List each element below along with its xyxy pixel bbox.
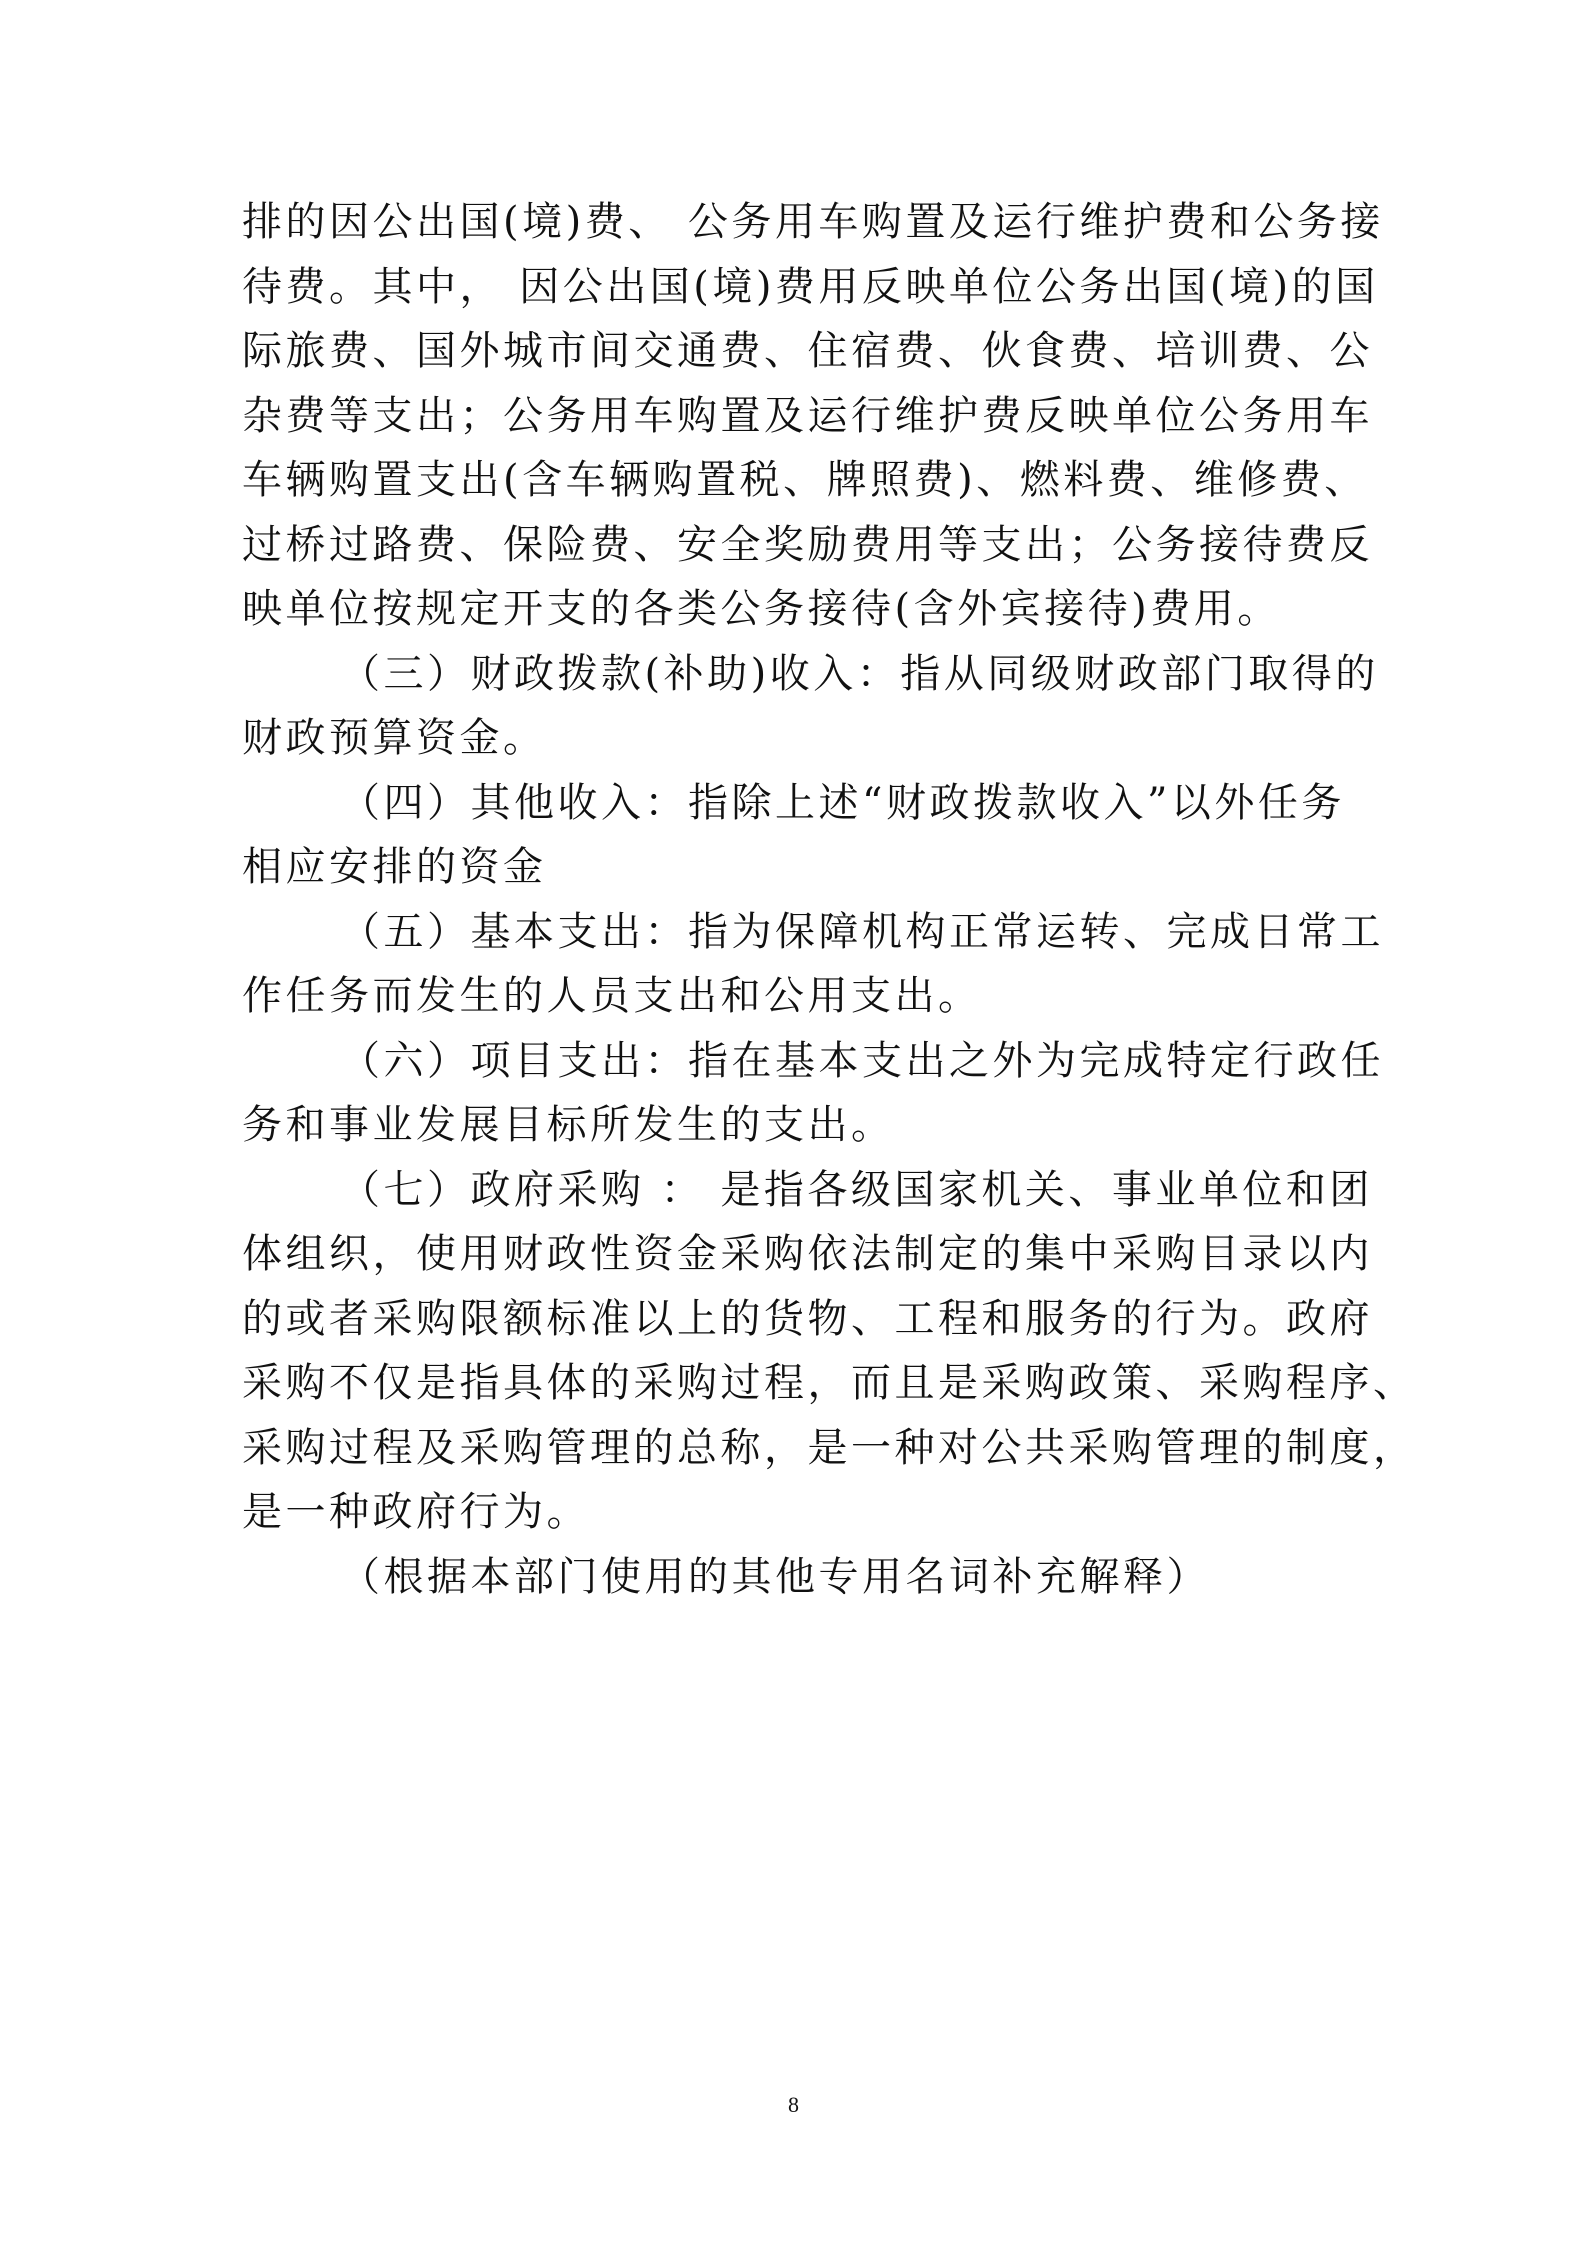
- text-line: 车辆购置支出(含车辆购置税、牌照费)、燃料费、维修费、: [242, 448, 1362, 513]
- text-line: 映单位按规定开支的各类公务接待(含外宾接待)费用。: [242, 577, 1362, 642]
- text-line: 财政预算资金。: [242, 706, 1362, 771]
- text-line: 作任务而发生的人员支出和公用支出。: [242, 964, 1362, 1029]
- text-line: 际旅费、国外城市间交通费、住宿费、伙食费、培训费、公: [242, 319, 1362, 384]
- text-line: 的或者采购限额标准以上的货物、工程和服务的行为。政府: [242, 1287, 1362, 1352]
- definition-heading-5: （五）基本支出：指为保障机构正常运转、完成日常工: [242, 900, 1362, 965]
- definition-heading-4: （四）其他收入：指除上述“财政拨款收入”以外任务: [242, 771, 1362, 836]
- supplementary-note: （根据本部门使用的其他专用名词补充解释）: [242, 1545, 1362, 1610]
- text-line: 采购不仅是指具体的采购过程，而且是采购政策、采购程序、: [242, 1351, 1362, 1416]
- text-line: 采购过程及采购管理的总称，是一种对公共采购管理的制度，: [242, 1416, 1362, 1481]
- definition-heading-6: （六）项目支出：指在基本支出之外为完成特定行政任: [242, 1029, 1362, 1094]
- text-line: 排的因公出国(境)费、 公务用车购置及运行维护费和公务接: [242, 190, 1362, 255]
- definition-heading-3: （三）财政拨款(补助)收入：指从同级财政部门取得的: [242, 642, 1362, 707]
- page-number: 8: [0, 2092, 1587, 2118]
- text-line: 待费。其中， 因公出国(境)费用反映单位公务出国(境)的国: [242, 255, 1362, 320]
- text-line: 相应安排的资金: [242, 835, 1362, 900]
- document-page: 排的因公出国(境)费、 公务用车购置及运行维护费和公务接 待费。其中， 因公出国…: [0, 0, 1587, 2245]
- text-line: 过桥过路费、保险费、安全奖励费用等支出；公务接待费反: [242, 513, 1362, 578]
- definition-heading-7: （七）政府采购 ： 是指各级国家机关、事业单位和团: [242, 1158, 1362, 1223]
- text-line: 务和事业发展目标所发生的支出。: [242, 1093, 1362, 1158]
- text-line: 是一种政府行为。: [242, 1480, 1362, 1545]
- text-line: 杂费等支出；公务用车购置及运行维护费反映单位公务用车: [242, 384, 1362, 449]
- body-text: 排的因公出国(境)费、 公务用车购置及运行维护费和公务接 待费。其中， 因公出国…: [242, 190, 1362, 1609]
- text-line: 体组织，使用财政性资金采购依法制定的集中采购目录以内: [242, 1222, 1362, 1287]
